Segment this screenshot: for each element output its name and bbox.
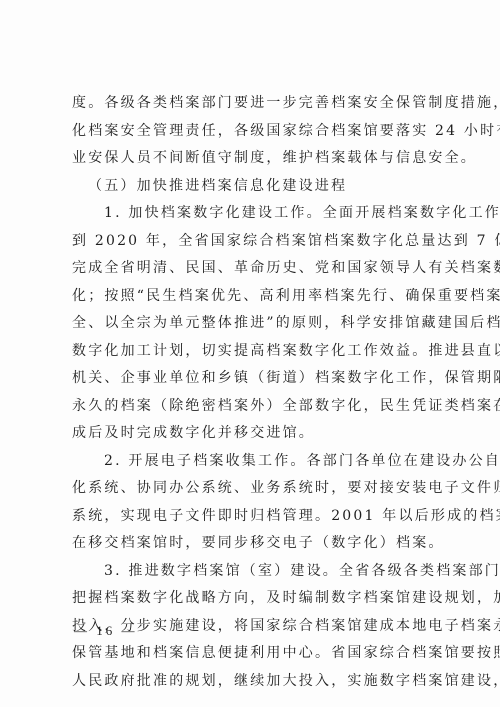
text-line: 全、以全宗为单元整体推进”的原则，科学安排馆藏建国后档案 — [72, 310, 432, 338]
text-line: 机关、企事业单位和乡镇（街道）档案数字化工作，保管期限为 — [72, 365, 432, 393]
text-line: 保管基地和档案信息便捷利用中心。省国家综合档案馆要按照省 — [72, 640, 432, 668]
text-line: 系统，实现电子文件即时归档管理。2001 年以后形成的档案， — [72, 503, 432, 531]
paragraph-first-line: 3. 推进数字档案馆（室）建设。全省各级各类档案部门要 — [72, 558, 432, 586]
document-page: 度。各级各类档案部门要进一步完善档案安全保管制度措施，强 化档案安全管理责任，各… — [0, 0, 500, 707]
paragraph-first-line: 1. 加快档案数字化建设工作。全面开展档案数字化工作， — [72, 200, 432, 228]
text-line: 永久的档案（除绝密档案外）全部数字化，民生凭证类档案在形 — [72, 393, 432, 421]
text-line: 化档案安全管理责任，各级国家综合档案馆要落实 24 小时有专 — [72, 118, 432, 146]
text-line: 成后及时完成数字化并移交进馆。 — [72, 420, 432, 448]
text-line: 化；按照“民生档案优先、高利用率档案先行、确保重要档案安 — [72, 283, 432, 311]
page-number: — 16 — — [74, 622, 138, 640]
text-line: 度。各级各类档案部门要进一步完善档案安全保管制度措施，强 — [72, 90, 432, 118]
section-heading: （五）加快推进档案信息化建设进程 — [72, 173, 432, 201]
body-text: 度。各级各类档案部门要进一步完善档案安全保管制度措施，强 化档案安全管理责任，各… — [72, 90, 432, 695]
text-line: 化系统、协同办公系统、业务系统时，要对接安装电子文件归档 — [72, 475, 432, 503]
paragraph-first-line: 2. 开展电子档案收集工作。各部门各单位在建设办公自动 — [72, 448, 432, 476]
text-line: 完成全省明清、民国、革命历史、党和国家领导人有关档案数字 — [72, 255, 432, 283]
text-line: 在移交档案馆时，要同步移交电子（数字化）档案。 — [72, 530, 432, 558]
text-line: 把握档案数字化战略方向，及时编制数字档案馆建设规划，加大 — [72, 585, 432, 613]
text-line: 业安保人员不间断值守制度，维护档案载体与信息安全。 — [72, 145, 432, 173]
text-line: 数字化加工计划，切实提高档案数字化工作效益。推进县直以上 — [72, 338, 432, 366]
text-line: 到 2020 年，全省国家综合档案馆档案数字化总量达到 7 亿页； — [72, 228, 432, 256]
text-line: 人民政府批准的规划，继续加大投入，实施数字档案馆建设，并 — [72, 668, 432, 696]
